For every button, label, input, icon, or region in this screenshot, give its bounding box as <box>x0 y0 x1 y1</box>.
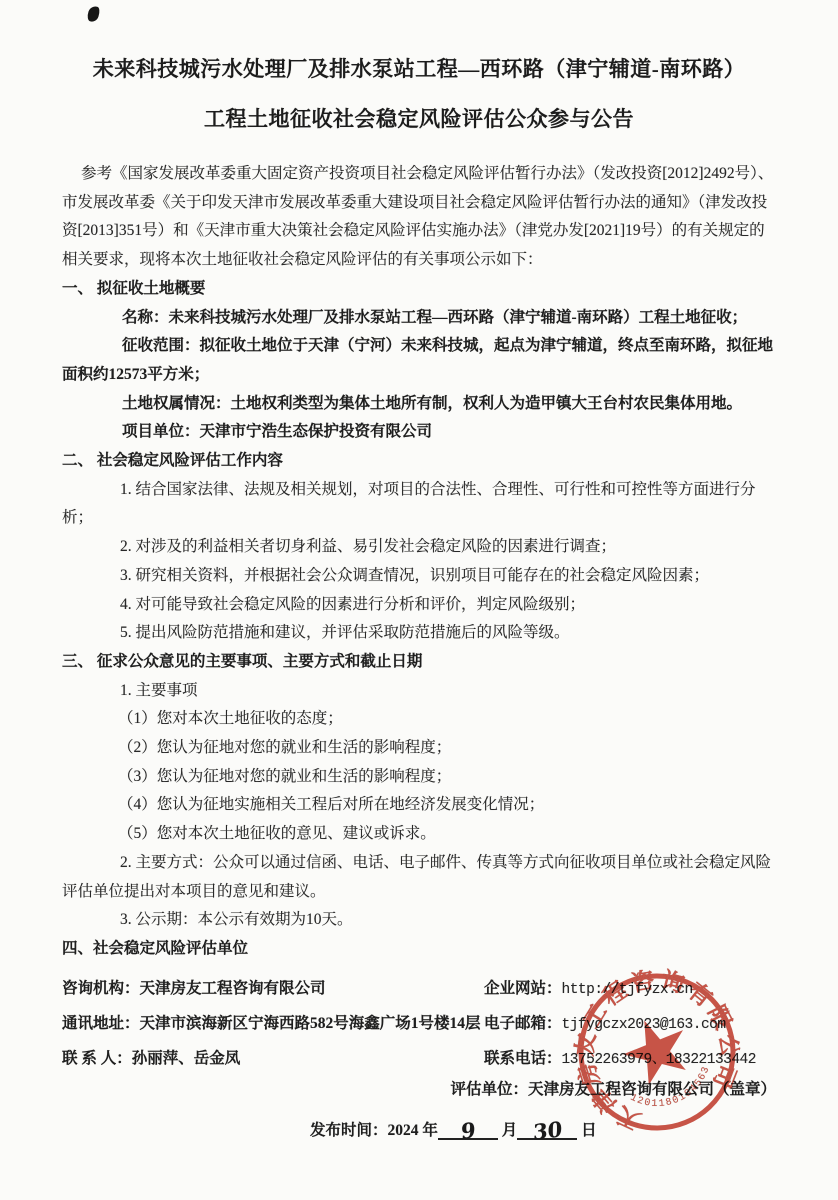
land-name-item: 名称：未来科技城污水处理厂及排水泵站工程—西环路（津宁辅道-南环路）工程土地征收… <box>62 304 776 333</box>
opinion-item-5: （5）您对本次土地征收的意见、建议或诉求。 <box>62 820 776 849</box>
work-content-item-4: 4. 对可能导致社会稳定风险的因素进行分析和评价，判定风险级别； <box>62 591 776 620</box>
person-label: 联 系 人： <box>62 1050 132 1067</box>
document-title-line1: 未来科技城污水处理厂及排水泵站工程—西环路（津宁辅道-南环路） <box>62 54 776 84</box>
month-label: 月 <box>502 1122 518 1139</box>
publicity-period-item: 3. 公示期：本公示有效期为10天。 <box>62 906 776 935</box>
ink-blot-artifact <box>86 5 101 24</box>
address-value: 天津市滨海新区宁海西路582号海鑫广场1号楼14层 <box>140 1015 481 1032</box>
assessor-signature-line: 评估单位：天津房友工程咨询有限公司（盖章） <box>62 1076 776 1105</box>
website-field: 企业网站：http://tjfyzx.cn <box>484 971 693 1008</box>
document-title-line2: 工程土地征收社会稳定风险评估公众参与公告 <box>62 104 776 134</box>
address-label: 通讯地址： <box>62 1015 140 1032</box>
work-content-item-1: 1. 结合国家法律、法规及相关规划，对项目的合法性、合理性、可行性和可控性等方面… <box>62 476 776 533</box>
handwritten-month: 9 <box>460 1114 475 1148</box>
contact-block: 咨询机构：天津房友工程咨询有限公司 企业网站：http://tjfyzx.cn … <box>62 971 776 1076</box>
phone-value: 13752263979、18322133442 <box>562 1052 756 1068</box>
website-label: 企业网站： <box>484 980 562 997</box>
land-scope-item: 征收范围：拟征收土地位于天津（宁河）未来科技城，起点为津宁辅道，终点至南环路，拟… <box>62 332 776 389</box>
land-ownership-item: 土地权属情况：土地权利类型为集体土地所有制，权利人为造甲镇大王台村农民集体用地。 <box>62 390 776 419</box>
main-method-item: 2. 主要方式：公众可以通过信函、电话、电子邮件、传真等方式向征收项目单位或社会… <box>62 849 776 906</box>
intro-paragraph: 参考《国家发展改革委重大固定资产投资项目社会稳定风险评估暂行办法》（发改投资[2… <box>62 160 776 275</box>
month-blank: 9 <box>438 1112 498 1140</box>
publish-date-line: 发布时间：2024 年9 月30 日 <box>310 1112 776 1147</box>
section-4-heading: 四、社会稳定风险评估单位 <box>62 935 776 964</box>
work-content-item-3: 3. 研究相关资料，并根据社会公众调查情况，识别项目可能存在的社会稳定风险因素； <box>62 562 776 591</box>
section-2-heading: 二、 社会稳定风险评估工作内容 <box>62 447 776 476</box>
section-3-heading: 三、 征求公众意见的主要事项、主要方式和截止日期 <box>62 648 776 677</box>
opinion-item-3: （3）您认为征地对您的就业和生活的影响程度； <box>62 763 776 792</box>
contact-row-person: 联 系 人：孙丽萍、岳金凤 联系电话：13752263979、183221334… <box>62 1041 776 1076</box>
person-value: 孙丽萍、岳金凤 <box>132 1050 241 1067</box>
email-field: 电子邮箱：tjfygczx2023@163.com <box>484 1006 726 1043</box>
phone-field: 联系电话：13752263979、18322133442 <box>484 1041 756 1078</box>
work-content-item-2: 2. 对涉及的利益相关者切身利益、易引发社会稳定风险的因素进行调查； <box>62 533 776 562</box>
website-value: http://tjfyzx.cn <box>562 982 693 998</box>
day-blank: 30 <box>517 1112 577 1140</box>
main-matters-item: 1. 主要事项 <box>62 677 776 706</box>
section-1-heading: 一、 拟征收土地概要 <box>62 275 776 304</box>
agency-label: 咨询机构： <box>62 980 140 997</box>
handwritten-day: 30 <box>532 1113 562 1149</box>
document-body: 参考《国家发展改革委重大固定资产投资项目社会稳定风险评估暂行办法》（发改投资[2… <box>62 160 776 1147</box>
project-unit-item: 项目单位：天津市宁浩生态保护投资有限公司 <box>62 418 776 447</box>
contact-row-address: 通讯地址：天津市滨海新区宁海西路582号海鑫广场1号楼14层 电子邮箱：tjfy… <box>62 1006 776 1041</box>
opinion-item-2: （2）您认为征地对您的就业和生活的影响程度； <box>62 734 776 763</box>
contact-row-agency: 咨询机构：天津房友工程咨询有限公司 企业网站：http://tjfyzx.cn <box>62 971 776 1006</box>
work-content-item-5: 5. 提出风险防范措施和建议，并评估采取防范措施后的风险等级。 <box>62 619 776 648</box>
notice-page: 未来科技城污水处理厂及排水泵站工程—西环路（津宁辅道-南环路） 工程土地征收社会… <box>0 0 838 1200</box>
day-label: 日 <box>581 1122 597 1139</box>
opinion-item-4: （4）您认为征地实施相关工程后对所在地经济发展变化情况； <box>62 791 776 820</box>
opinion-item-1: （1）您对本次土地征收的态度； <box>62 705 776 734</box>
email-label: 电子邮箱： <box>484 1015 562 1032</box>
email-value: tjfygczx2023@163.com <box>562 1017 726 1033</box>
publish-date-label: 发布时间：2024 年 <box>310 1122 438 1139</box>
agency-value: 天津房友工程咨询有限公司 <box>140 980 326 997</box>
phone-label: 联系电话： <box>484 1050 562 1067</box>
